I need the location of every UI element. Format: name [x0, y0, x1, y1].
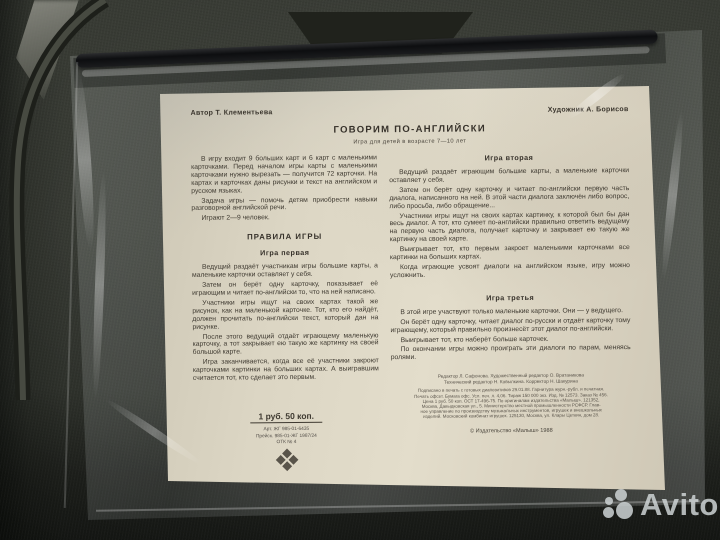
game3-paragraph: По окончании игры можно проиграть эти ди… [391, 344, 631, 362]
price-block: 1 руб. 50 коп. Арт. ЖГ 985-01-6435 Прейс… [193, 405, 380, 470]
author-credit: Автор Т. Клементьева [191, 109, 273, 117]
game3-paragraph: Он берёт одну карточку, читает диалог по… [390, 317, 630, 335]
intro-paragraph: В игру входит 9 больших карт и 6 карт с … [191, 154, 377, 195]
avito-watermark: Avito [602, 488, 719, 522]
imprint-block: Подписано в печать с готовых диапозитиво… [391, 386, 631, 419]
instruction-sheet: Автор Т. Клементьева Художник А. Борисов… [150, 82, 670, 494]
left-column: В игру входит 9 больших карт и 6 карт с … [191, 154, 380, 470]
photo-scene: Автор Т. Клементьева Художник А. Борисов… [0, 0, 720, 540]
game2-paragraph: Когда играющие усвоят диалоги на английс… [390, 262, 630, 280]
game1-paragraph: Ведущий раздаёт участникам игры большие … [192, 263, 378, 280]
game1-paragraph: Затем он берёт одну карточку, показывает… [192, 280, 378, 297]
copyright-line: © Издательство «Малыш» 1988 [391, 427, 631, 435]
page-title: ГОВОРИМ ПО-АНГЛИЙСКИ [191, 122, 629, 137]
game2-heading: Игра вторая [389, 152, 629, 163]
page-subtitle: Игра для детей в возрасте 7—10 лет [191, 137, 629, 147]
game1-heading: Игра первая [192, 248, 378, 259]
intro-paragraph: Задача игры — помочь детям приобрести на… [191, 196, 377, 213]
two-column-layout: В игру входит 9 больших карт и 6 карт с … [191, 152, 632, 470]
game3-paragraph: В этой игре участвуют только маленькие к… [390, 307, 630, 317]
game1-paragraph: Участники игры ищут на своих картах тако… [192, 298, 378, 331]
avito-wordmark: Avito [640, 488, 719, 522]
right-column: Игра вторая Ведущий раздаёт играющим бол… [389, 152, 632, 468]
editors-line: Технический редактор Н. Ковылкина. Корре… [391, 378, 631, 386]
otk-number: ОТК № 4 [193, 440, 379, 447]
game2-paragraph: Участники игры ищут на своих картах карт… [389, 211, 629, 245]
game1-paragraph: После этого ведущий отдаёт играющему мал… [193, 332, 379, 357]
sheet-content: Автор Т. Клементьева Художник А. Борисов… [148, 80, 671, 471]
game3-paragraph: Выигрывает тот, кто наберёт больше карто… [391, 335, 631, 345]
game2-paragraph: Ведущий раздаёт играющим большие карты, … [389, 167, 629, 185]
game2-paragraph: Выигрывает тот, кто первым закроет мален… [390, 244, 630, 262]
price-label: 1 руб. 50 коп. [250, 411, 322, 424]
factory-mark-icon [275, 449, 299, 473]
colophon: Редактор Л. Сафонова. Художественный ред… [391, 372, 632, 434]
intro-paragraph: Играют 2—9 человек. [191, 214, 377, 224]
imprint-line: изделий. Московский комбинат игрушек. 12… [391, 412, 631, 419]
rules-heading: ПРАВИЛА ИГРЫ [192, 232, 378, 243]
game1-paragraph: Игра заканчивается, когда все её участни… [193, 357, 379, 382]
game3-heading: Игра третья [390, 292, 630, 303]
game2-paragraph: Затем он берёт одну карточку и читает по… [389, 185, 629, 211]
avito-logo-icon [602, 488, 636, 522]
